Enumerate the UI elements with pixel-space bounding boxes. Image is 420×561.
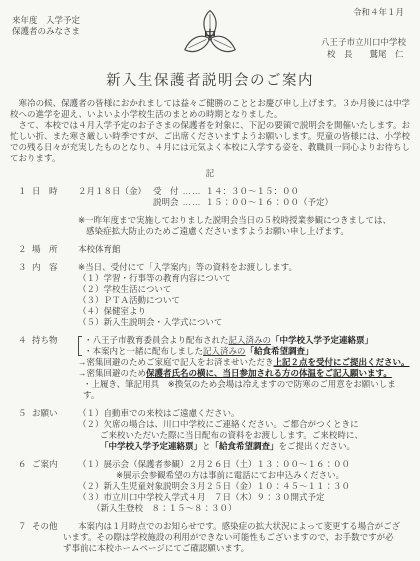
- guide-item-3: （３）市立川口中学校入学式４月 ７日（木）９：３０開式予定: [78, 492, 410, 503]
- section-datetime-number: １: [18, 186, 32, 197]
- greeting-paragraph-2: さて、本校では４月入学予定のお子さまの保護者を対象に、下記の要領で説明会を開催い…: [10, 120, 410, 164]
- greeting-paragraph-1: 寒冷の候、保護者の皆様におかれましては益々ご健勝のこととお慶び申し上げます。３か…: [10, 98, 410, 120]
- section-place-label: 場 所: [32, 244, 78, 255]
- request-item-1: （１）自動車での来校はご遠慮ください。: [78, 408, 410, 419]
- request-item-2-line3-mid: と: [202, 441, 211, 451]
- schedule-list: 受 付 …… １４：３０～１５：００ 説明会 …… １５：００～１６：００（予定…: [153, 186, 333, 208]
- section-requests: ５ お願い （１）自動車での来校はご遠慮ください。 （２）欠席の場合は、川口中学…: [18, 408, 410, 452]
- others-line2: います。その際は学校施設の利用ができない可能性もございますので、お手数ですが必: [63, 532, 410, 543]
- section-requests-body: （１）自動車での来校はご遠慮ください。 （２）欠席の場合は、川口中学校にご連絡く…: [78, 408, 410, 452]
- section-contents-body: ※当日、受付にて「入学案内」等の資料をお渡しします。 （１）学習・行事等の教育内…: [78, 262, 410, 328]
- schedule-row-reception: 受 付 …… １４：３０～１５：００: [153, 186, 333, 197]
- contents-item: （５）新入生説明会・入学式について: [78, 317, 410, 328]
- contents-note: ※当日、受付にて「入学案内」等の資料をお渡しします。: [78, 262, 410, 273]
- section-belongings: ４ 持ち物 ・八王子市教育委員会より配布された記入済みの「中学校入学予定連絡票」…: [18, 335, 410, 401]
- datetime-note-line2: 感染症拡大防止のためご遠慮くださいますようお願い申し上げます。: [78, 226, 410, 237]
- request-item-2-line2: ご来校いただいた際に当日配布の資料をお渡しします。ご来校時に、: [78, 430, 410, 441]
- belongings-item-text: ・八王子市教育委員会より配布された: [84, 335, 229, 345]
- page-title: 新入生保護者説明会のご案内: [10, 72, 410, 90]
- guide-item-1-note: ※展示会参観希望の方は事前に電話にてお申込みください。: [78, 470, 410, 481]
- belongings-arrow-note: →密集回避のためご家庭で記入をお済ませいただき上記２点を受付にご提出ください。: [78, 357, 410, 368]
- belongings-bracket-items: ・八王子市教育委員会より配布された記入済みの「中学校入学予定連絡票」 ・本案内と…: [84, 335, 373, 357]
- event-date: ２月１８日（金）: [78, 186, 146, 208]
- belongings-item-underline: 記入済みの: [203, 346, 246, 356]
- section-others-number: ７: [18, 521, 32, 532]
- request-item-2-line3: 「中学校入学予定連絡票」と「給食希望調査」をご提出ください。: [78, 441, 410, 452]
- arrow-note-text: →密集回避のため: [78, 368, 146, 378]
- datetime-row: ２月１８日（金） 受 付 …… １４：３０～１５：００ 説明会 …… １５：００…: [78, 186, 410, 208]
- belongings-item-docname: 「給食希望調査」: [246, 346, 314, 356]
- section-others-label: その他: [32, 521, 78, 532]
- section-belongings-label: 持ち物: [32, 335, 78, 346]
- section-guide-number: ６: [18, 459, 32, 470]
- arrow-note-emphasis: 上記２点を受付にご提出ください。: [274, 357, 410, 367]
- contents-item: （２）学校生活について: [78, 284, 410, 295]
- others-line3: ず事前に本校ホームページにてご確認願います。: [63, 543, 410, 554]
- school-signature-block: 八王子市立川口中学校 校 長 鷲尾 仁: [321, 37, 406, 60]
- section-requests-label: お願い: [32, 408, 78, 419]
- request-item-2-line3-tail: をご提出ください。: [279, 441, 356, 451]
- schedule-time: １５：００～１６：００（予定）: [206, 197, 334, 208]
- guide-item-2: （２）新入生児童対象説明会３月２５日（金）１０：４５～１１：３０: [78, 481, 410, 492]
- arrow-note-text: →密集回避のためご家庭で記入をお済ませいただき: [78, 357, 274, 367]
- section-belongings-number: ４: [18, 335, 32, 346]
- docname-renrakuhyo: 「中学校入学予定連絡票」: [100, 441, 202, 451]
- belongings-item-underline: 記入済みの: [229, 335, 272, 345]
- addressee-line1: 来年度 入学予定: [12, 15, 80, 26]
- belongings-item: ・八王子市教育委員会より配布された記入済みの「中学校入学予定連絡票」: [84, 335, 373, 346]
- section-requests-number: ５: [18, 408, 32, 419]
- section-contents: ３ 内 容 ※当日、受付にて「入学案内」等の資料をお渡しします。 （１）学習・行…: [18, 262, 410, 328]
- section-guide-label: ご案内: [32, 459, 78, 470]
- section-datetime-label: 日 時: [32, 186, 78, 197]
- contents-item: （３）ＰＴＡ活動について: [78, 295, 410, 306]
- issue-date: 令和４年１月: [353, 7, 404, 18]
- document-header: 来年度 入学予定 保護者のみなさま 中 令和４年１月 八王子市立川口中学校 校 …: [10, 6, 410, 62]
- leader-dots: ……: [183, 197, 202, 208]
- schedule-time: １４：３０～１５：００: [206, 186, 300, 197]
- guide-item-1: （１）展示会（保護者参観）２月２６日（土）１３：００～１６：００: [78, 459, 410, 470]
- guide-item-3-note: （新入生登校 ８：１５～８：３０）: [78, 503, 410, 514]
- schedule-name: 説明会: [153, 197, 179, 208]
- section-others-body: 本案内は１月時点でのお知らせです。感染症の拡大状況によって変更する場合がござ い…: [78, 521, 410, 554]
- principal-name: 校 長 鷲尾 仁: [321, 49, 406, 60]
- request-item-2: （２）欠席の場合は、川口中学校にご連絡ください。ご都合がつくときに ご来校いただ…: [78, 419, 410, 452]
- section-belongings-body: ・八王子市教育委員会より配布された記入済みの「中学校入学予定連絡票」 ・本案内と…: [78, 335, 410, 401]
- belongings-item-text: ・本案内と一緒に配布しました: [84, 346, 203, 356]
- section-datetime: １ 日 時 ２月１８日（金） 受 付 …… １４：３０～１５：００ 説明会 ………: [18, 186, 410, 237]
- section-others: ７ その他 本案内は１月時点でのお知らせです。感染症の拡大状況によって変更する場…: [18, 521, 410, 554]
- leader-dots: ……: [183, 186, 202, 197]
- others-line1: 本案内は１月時点でのお知らせです。感染症の拡大状況によって変更する場合がござ: [78, 521, 410, 532]
- section-place-number: ２: [18, 244, 32, 255]
- belongings-item-docname: 「中学校入学予定連絡票」: [271, 335, 373, 345]
- section-guide: ６ ご案内 （１）展示会（保護者参観）２月２６日（土）１３：００～１６：００ ※…: [18, 459, 410, 514]
- section-guide-body: （１）展示会（保護者参観）２月２６日（土）１３：００～１６：００ ※展示会参観希…: [78, 459, 410, 514]
- belongings-item: ・本案内と一緒に配布しました記入済みの「給食希望調査」: [84, 346, 373, 357]
- datetime-note: ※一昨年度まで実施しておりました説明会当日の５校時授業参観につきましては、 感染…: [78, 215, 410, 237]
- school-emblem-icon: 中: [182, 7, 238, 57]
- schedule-row-briefing: 説明会 …… １５：００～１６：００（予定）: [153, 197, 333, 208]
- contents-item: （４）保健室より: [78, 306, 410, 317]
- contents-item: （１）学習・行事等の教育内容について: [78, 273, 410, 284]
- school-name: 八王子市立川口中学校: [321, 37, 406, 48]
- greeting-body: 寒冷の候、保護者の皆様におかれましては益々ご健勝のこととお慶び申し上げます。３か…: [10, 98, 410, 164]
- brace-decoration: [78, 336, 82, 356]
- addressee-block: 来年度 入学予定 保護者のみなさま: [12, 15, 80, 37]
- place-value: 本校体育館: [78, 244, 410, 255]
- section-contents-number: ３: [18, 262, 32, 273]
- section-contents-label: 内 容: [32, 262, 78, 273]
- schedule-name: 受 付: [153, 186, 179, 197]
- record-mark: 記: [10, 168, 410, 179]
- belongings-extra-line: ・上履き、筆記用具 ※換気のため会場は冷えますので防寒のご用意をお願いします。: [78, 379, 410, 401]
- addressee-line2: 保護者のみなさま: [12, 26, 80, 37]
- document-page: 来年度 入学予定 保護者のみなさま 中 令和４年１月 八王子市立川口中学校 校 …: [0, 0, 420, 554]
- request-item-2-line1: （２）欠席の場合は、川口中学校にご連絡ください。ご都合がつくときに: [78, 419, 410, 430]
- section-place: ２ 場 所 本校体育館: [18, 244, 410, 255]
- section-datetime-body: ２月１８日（金） 受 付 …… １４：３０～１５：００ 説明会 …… １５：００…: [78, 186, 410, 237]
- emblem-center-character: 中: [204, 29, 216, 41]
- belongings-bracket-group: ・八王子市教育委員会より配布された記入済みの「中学校入学予定連絡票」 ・本案内と…: [78, 335, 410, 357]
- datetime-note-line1: ※一昨年度まで実施しておりました説明会当日の５校時授業参観につきましては、: [78, 215, 410, 226]
- arrow-note-emphasis: 保護者氏名の横に、当日参加される方の体温をご記入願います。: [146, 368, 392, 378]
- docname-kyushoku: 「給食希望調査」: [211, 441, 279, 451]
- belongings-arrow-note: →密集回避のため保護者氏名の横に、当日参加される方の体温をご記入願います。: [78, 368, 410, 379]
